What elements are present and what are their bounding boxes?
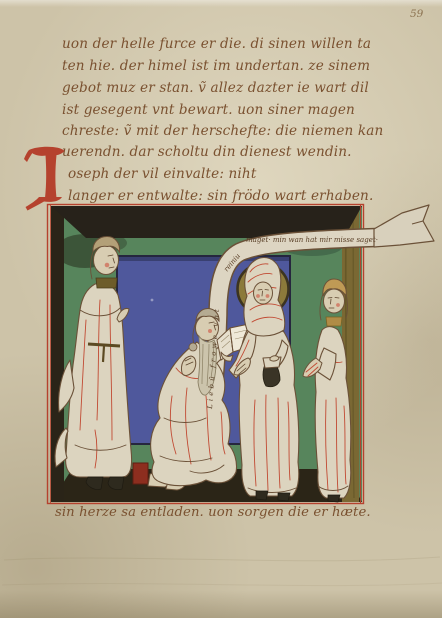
cheek	[266, 294, 270, 298]
cheek	[105, 263, 110, 268]
collar	[96, 278, 117, 288]
belt-end	[103, 346, 104, 362]
holding-hand	[270, 356, 279, 361]
belt	[88, 344, 120, 346]
parchment-crease	[4, 557, 440, 561]
red-footstool	[133, 463, 148, 484]
shoe	[278, 493, 290, 501]
rubricated-initial-I: I	[24, 147, 65, 211]
parchment-crease	[2, 583, 442, 586]
shoe	[256, 491, 268, 500]
collar	[326, 317, 342, 326]
hair-knot	[189, 343, 197, 351]
manuscript-page: 59 uon der helle furce er die. di sinen …	[0, 0, 442, 618]
head	[324, 289, 345, 313]
cheek	[336, 303, 340, 307]
face	[254, 282, 273, 304]
scroll-tail	[374, 205, 434, 247]
head	[94, 246, 119, 275]
miniature: Liebū frowe vnt reiniu maget· min wan ha…	[48, 205, 435, 504]
shoe	[328, 495, 340, 502]
miniature-illustration: I	[0, 0, 442, 618]
cheek	[256, 294, 260, 298]
scroll-text-horizontal: maget· min wan hat mir misse saget·	[246, 236, 378, 244]
